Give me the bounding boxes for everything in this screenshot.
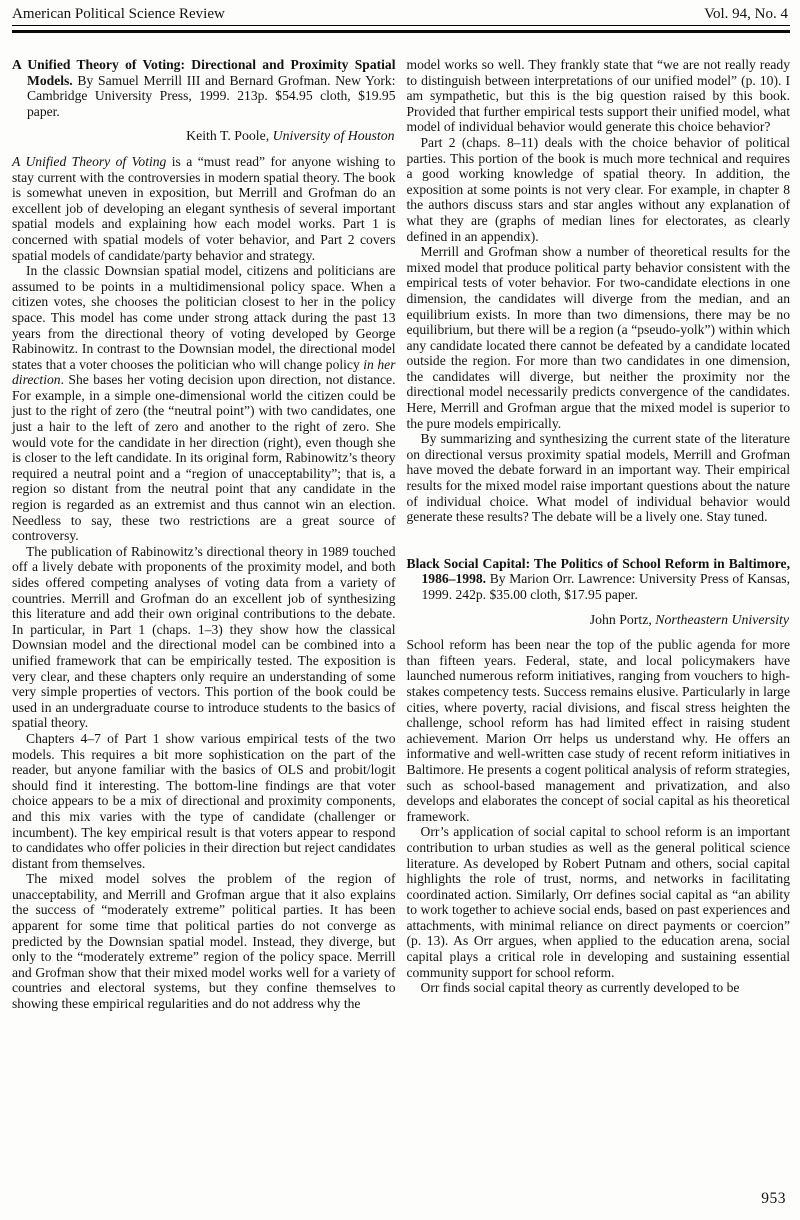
two-column-layout: A Unified Theory of Voting: Directional … [12,57,790,1012]
book-citation-1: A Unified Theory of Voting: Directional … [12,57,396,119]
left-column: A Unified Theory of Voting: Directional … [12,57,396,1012]
text-run: In the classic Downsian spatial model, c… [12,263,396,372]
text-run: Merrill and Grofman show a number of the… [407,244,791,431]
paragraph: model works so well. They frankly state … [407,57,791,135]
page-number: 953 [761,1190,786,1208]
paragraph: The publication of Rabinowitz’s directio… [12,544,396,731]
paragraph: Merrill and Grofman show a number of the… [407,244,791,431]
text-run: Part 2 (chaps. 8–11) deals with the choi… [407,135,791,244]
paragraph: The mixed model solves the problem of th… [12,871,396,1011]
paragraph: Orr’s application of social capital to s… [407,824,791,980]
paragraph: By summarizing and synthesizing the curr… [407,431,791,525]
text-run: is a “must read” for anyone wishing to s… [12,154,396,263]
paragraph: Part 2 (chaps. 8–11) deals with the choi… [407,135,791,244]
journal-page: American Political Science Review Vol. 9… [0,0,800,1220]
reviewer-2-name: John Portz, [590,612,656,627]
book-citation-1-details: By Samuel Merrill III and Bernard Grofma… [27,73,396,119]
paragraph: Orr finds social capital theory as curre… [407,980,791,996]
reviewer-1: Keith T. Poole, University of Houston [12,128,395,144]
book-citation-2: Black Social Capital: The Politics of Sc… [407,556,791,603]
paragraph: Chapters 4–7 of Part 1 show various empi… [12,731,396,871]
paragraph: In the classic Downsian spatial model, c… [12,263,396,544]
page-header: American Political Science Review Vol. 9… [12,6,790,25]
text-run: The mixed model solves the problem of th… [12,871,396,1011]
reviewer-1-affiliation: University of Houston [273,128,395,143]
text-run: By summarizing and synthesizing the curr… [407,431,791,524]
right-column: model works so well. They frankly state … [407,57,791,1012]
text-run: Orr’s application of social capital to s… [407,824,791,979]
text-run: School reform has been near the top of t… [407,637,791,824]
text-run: Chapters 4–7 of Part 1 show various empi… [12,731,396,871]
journal-title: American Political Science Review [12,6,225,22]
review-1-body-right: model works so well. They frankly state … [407,57,791,525]
header-rule-thin [12,25,790,26]
italic-text-run: A Unified Theory of Voting [12,154,166,169]
text-run: Orr finds social capital theory as curre… [421,980,740,995]
reviewer-1-name: Keith T. Poole, [186,128,272,143]
paragraph: School reform has been near the top of t… [407,637,791,824]
review-1-body-left: A Unified Theory of Voting is a “must re… [12,154,396,1012]
text-run: model works so well. They frankly state … [407,57,791,134]
reviewer-2-affiliation: Northeastern University [655,612,789,627]
header-rule-thick [12,30,790,33]
text-run: The publication of Rabinowitz’s directio… [12,544,396,731]
paragraph: A Unified Theory of Voting is a “must re… [12,154,396,263]
volume-issue: Vol. 94, No. 4 [704,6,788,22]
text-run: . She bases her voting decision upon dir… [12,372,396,543]
review-2-section: Black Social Capital: The Politics of Sc… [407,556,791,996]
review-2-body: School reform has been near the top of t… [407,637,791,996]
reviewer-2: John Portz, Northeastern University [407,612,790,628]
